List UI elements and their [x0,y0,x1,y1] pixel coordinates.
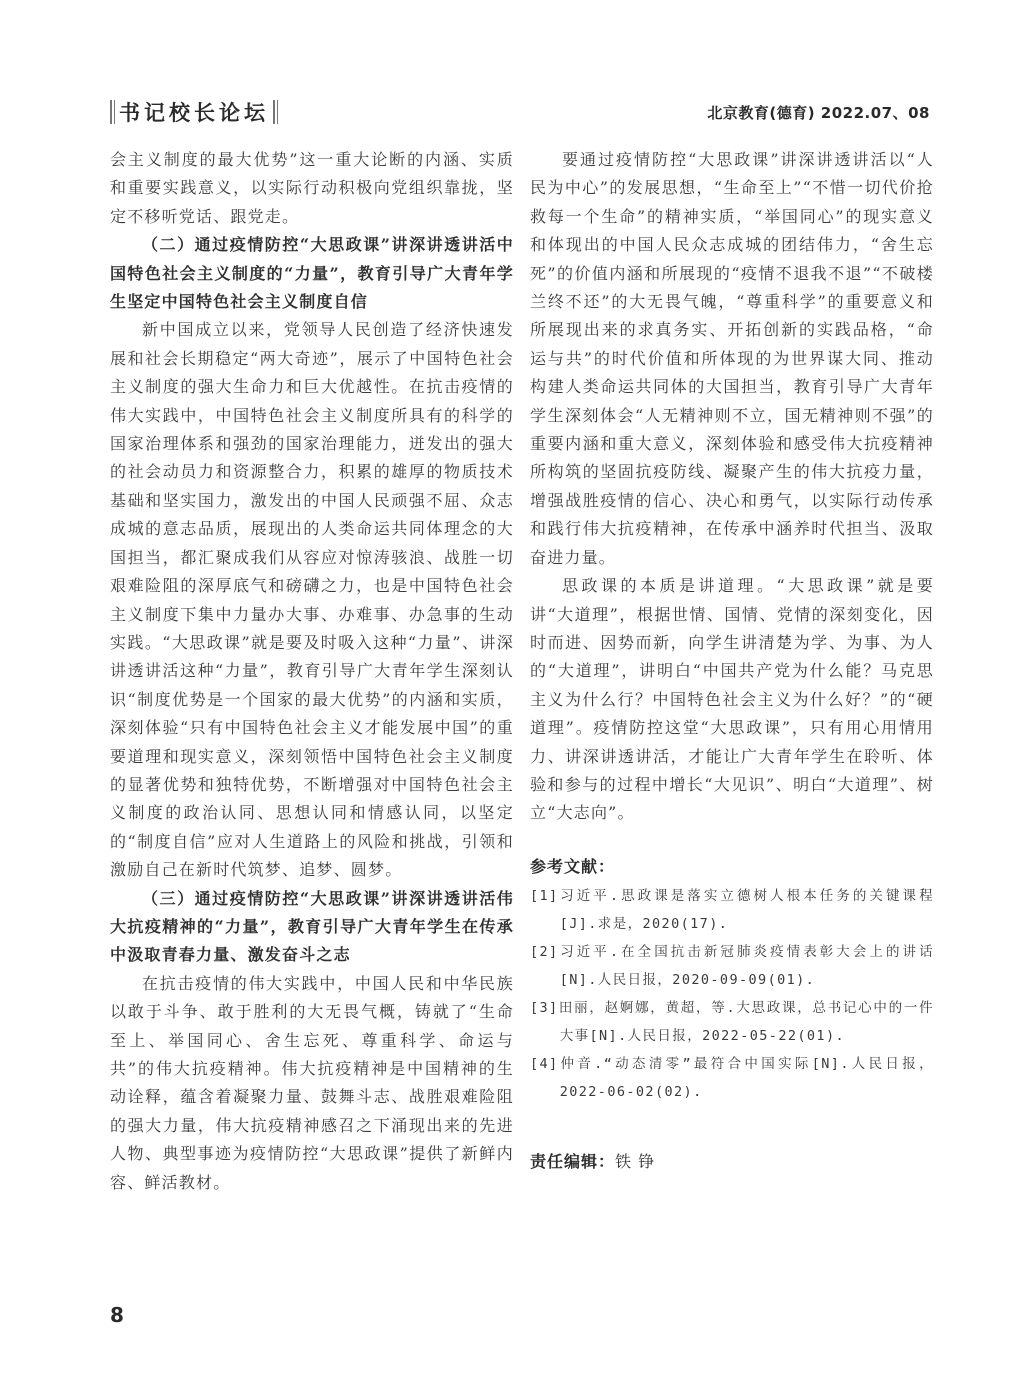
references-title: 参考文献： [530,852,934,882]
column-title-text: 书记校长论坛 [119,97,269,127]
left-column: 会主义制度的最大优势”这一重大论断的内涵、实质和重要实践意义，以实际行动积极向党… [110,146,514,1197]
reference-item: [4]仲音.“动态清零”最符合中国实际[N].人民日报，2022-06-02(0… [530,1050,934,1106]
reference-item: [1]习近平.思政课是落实立德树人根本任务的关键课程[J].求是，2020(17… [530,882,934,938]
reference-item: [3]田丽，赵婀娜，黄超，等.大思政课，总书记心中的一件大事[N].人民日报，2… [530,994,934,1050]
body-paragraph: 在抗击疫情的伟大实践中，中国人民和中华民族以敢于斗争、敢于胜利的大无畏气概，铸就… [110,970,514,1197]
body-paragraph: 会主义制度的最大优势”这一重大论断的内涵、实质和重要实践意义，以实际行动积极向党… [110,146,514,231]
responsible-editor: 责任编辑：铁 铮 [530,1148,934,1176]
editor-label: 责任编辑： [530,1152,615,1171]
reference-item: [2]习近平.在全国抗击新冠肺炎疫情表彰大会上的讲话[N].人民日报，2020-… [530,938,934,994]
section-heading-2: （二）通过疫情防控“大思政课”讲深讲透讲活中国特色社会主义制度的“力量”，教育引… [110,231,514,316]
right-column: 要通过疫情防控“大思政课”讲深讲透讲活以“人民为中心”的发展思想，“生命至上”“… [530,146,934,1176]
decorative-bars-left-icon [110,100,115,124]
body-paragraph: 思政课的本质是讲道理。“大思政课”就是要讲“大道理”，根据世情、国情、党情的深刻… [530,572,934,828]
references-list: [1]习近平.思政课是落实立德树人根本任务的关键课程[J].求是，2020(17… [530,882,934,1106]
decorative-bars-right-icon [273,100,278,124]
page-number: 8 [110,1303,124,1327]
body-paragraph: 新中国成立以来，党领导人民创造了经济快速发展和社会长期稳定“两大奇迹”，展示了中… [110,316,514,884]
section-heading-3: （三）通过疫情防控“大思政课”讲深讲透讲活伟大抗疫精神的“力量”，教育引导广大青… [110,885,514,970]
body-paragraph: 要通过疫情防控“大思政课”讲深讲透讲活以“人民为中心”的发展思想，“生命至上”“… [530,146,934,572]
journal-issue: 北京教育(德育) 2022.07、08 [707,102,930,123]
column-title: 书记校长论坛 [106,97,282,127]
editor-name: 铁 铮 [615,1152,655,1171]
page-header: 书记校长论坛 北京教育(德育) 2022.07、08 [106,96,930,128]
